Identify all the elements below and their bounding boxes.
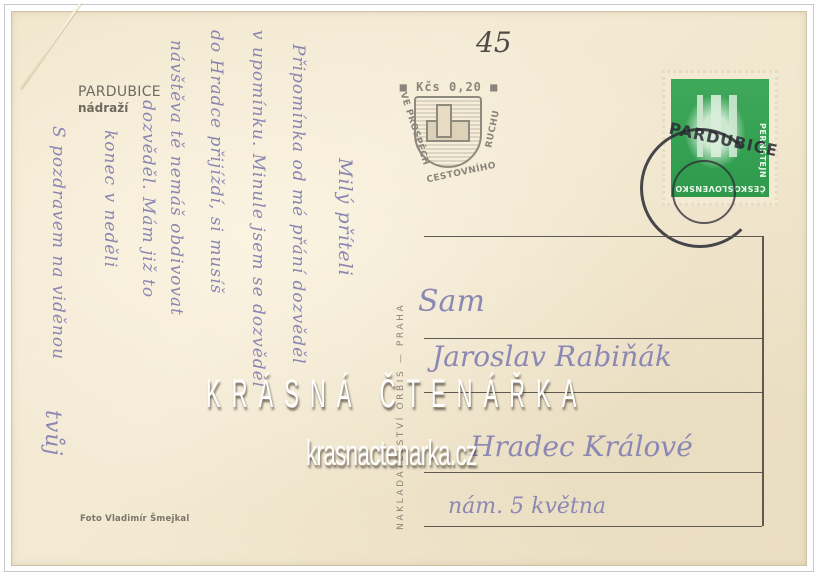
postmark-inner-circle-icon [672,160,736,224]
address-salutation: Sam [418,284,485,319]
watermark-title: KRÁSNÁ ČTENÁŘKA [206,372,646,417]
place-subtitle: nádraží [78,101,128,115]
place-title: PARDUBICE [78,84,161,100]
imprint-arc-right: RUCHU [484,109,502,148]
message-column: do Hradce přijíždí, si musíš [206,30,226,520]
address-line [424,236,762,237]
postage-imprint: ■ Kčs 0,20 ■ VE PROSPĚCH CESTOVNÍHO RUCH… [396,80,502,176]
message-signature: tvůj [40,410,65,456]
address-city: Hradec Králové [470,430,693,463]
address-street: nám. 5 května [448,494,606,519]
message-column: Připomínka od mé přání dozvěděl [288,44,308,524]
watermark-url: krasnactenarka.cz [306,432,477,474]
address-line [424,526,762,527]
handwritten-number: 45 [476,26,512,59]
message-column: dozvěděl. Mám již to [138,100,158,460]
message-column: konec v neděli [100,130,120,330]
message-column: Milý příteli [334,158,356,277]
message-column: návštěva tě nemáš obdivovat [166,40,186,520]
photo-credit: Foto Vladimír Šmejkal [80,514,189,524]
address-line [424,338,762,339]
message-column: S pozdravem na viděnou [48,126,68,386]
address-name: Jaroslav Rabiňák [432,340,672,373]
castle-tower-icon [436,104,452,138]
message-column: v upomínku. Minule jsem se dozvěděl [248,30,268,520]
imprint-value: ■ Kčs 0,20 ■ [396,80,502,94]
